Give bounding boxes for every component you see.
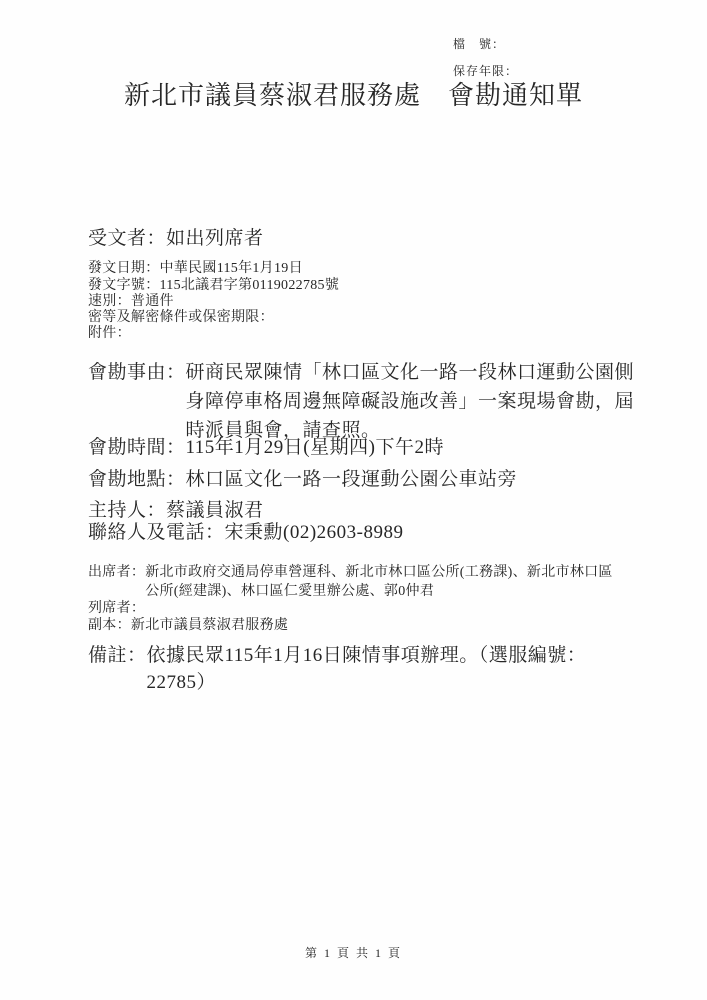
field-security: 密等及解密條件或保密期限： (88, 311, 274, 325)
attachment-label: 附件： (88, 326, 131, 341)
recipient-label: 受文者： (88, 228, 166, 249)
field-attendees: 出席者： 新北市政府交通局停車營運科、新北市林口區公所(工務課)、新北市林口區 … (88, 563, 613, 601)
host-label: 主持人： (88, 500, 166, 521)
contact-label: 聯絡人及電話： (88, 522, 225, 543)
time-label: 會勘時間： (88, 437, 186, 458)
subject-text: 研商民眾陳情「林口區文化一路一段林口運動公園側 身障停車格周邊無障礙設施改善」一… (186, 358, 635, 445)
contact-value: 宋秉勳(02)2603-8989 (225, 522, 404, 543)
field-subject: 會勘事由： 研商民眾陳情「林口區文化一路一段林口運動公園側 身障停車格周邊無障礙… (88, 358, 634, 445)
security-label: 密等及解密條件或保密期限： (88, 310, 274, 325)
attendees-label: 出席者： (88, 563, 145, 582)
field-remarks: 備註： 依據民眾115年1月16日陳情事項辦理。（選服編號： 22785） (88, 642, 586, 696)
recipient-value: 如出列席者 (166, 228, 264, 249)
field-location: 會勘地點：林口區文化一路一段運動公園公車站旁 (88, 470, 517, 489)
field-copy: 副本：新北市議員蔡淑君服務處 (88, 619, 288, 633)
retention-period-label: 保存年限： (453, 65, 518, 77)
issue-date-label: 發文日期： (88, 261, 160, 276)
document-page: 檔 號： 保存年限： 新北市議員蔡淑君服務處 會勘通知單 受文者：如出列席者 發… (0, 0, 707, 1000)
remarks-text: 依據民眾115年1月16日陳情事項辦理。（選服編號： 22785） (147, 642, 587, 696)
file-number-label: 檔 號： (453, 38, 518, 50)
attendees-line: 公所(經建課)、林口區仁愛里辦公處、郭0仲君 (145, 582, 613, 601)
attendees-text: 新北市政府交通局停車營運科、新北市林口區公所(工務課)、新北市林口區 公所(經建… (145, 563, 613, 601)
location-label: 會勘地點： (88, 469, 186, 490)
subject-label: 會勘事由： (88, 358, 186, 387)
speed-value: 普通件 (131, 294, 174, 309)
field-time: 會勘時間：115年1月29日(星期四)下午2時 (88, 438, 444, 457)
remarks-line: 依據民眾115年1月16日陳情事項辦理。（選服編號： (147, 642, 587, 669)
field-host: 主持人：蔡議員淑君 (88, 501, 264, 520)
doc-number-label: 發文字號： (88, 278, 160, 293)
speed-label: 速別： (88, 294, 131, 309)
host-value: 蔡議員淑君 (166, 500, 264, 521)
attendees-line: 新北市政府交通局停車營運科、新北市林口區公所(工務課)、新北市林口區 (145, 563, 613, 582)
location-value: 林口區文化一路一段運動公園公車站旁 (186, 469, 518, 490)
field-speed: 速別：普通件 (88, 295, 174, 309)
subject-line: 身障停車格周邊無障礙設施改善」一案現場會勘，屆 (186, 387, 635, 416)
observers-label: 列席者： (88, 601, 145, 616)
field-doc-number: 發文字號：115北議君字第0119022785號 (88, 279, 339, 293)
field-recipient: 受文者：如出列席者 (88, 229, 264, 248)
field-contact: 聯絡人及電話：宋秉勳(02)2603-8989 (88, 523, 404, 542)
doc-number-value: 115北議君字第0119022785號 (160, 278, 340, 293)
copy-value: 新北市議員蔡淑君服務處 (131, 618, 288, 633)
subject-line: 研商民眾陳情「林口區文化一路一段林口運動公園側 (186, 358, 635, 387)
remarks-line: 22785） (147, 669, 587, 696)
remarks-label: 備註： (88, 642, 147, 669)
field-attachment: 附件： (88, 327, 131, 341)
issue-date-value: 中華民國115年1月19日 (160, 261, 303, 276)
page-indicator: 第 1 頁 共 1 頁 (0, 947, 707, 959)
copy-label: 副本： (88, 618, 131, 633)
field-issue-date: 發文日期：中華民國115年1月19日 (88, 262, 303, 276)
time-value: 115年1月29日(星期四)下午2時 (186, 437, 444, 458)
document-title: 新北市議員蔡淑君服務處 會勘通知單 (0, 83, 707, 109)
field-observers: 列席者： (88, 602, 145, 616)
